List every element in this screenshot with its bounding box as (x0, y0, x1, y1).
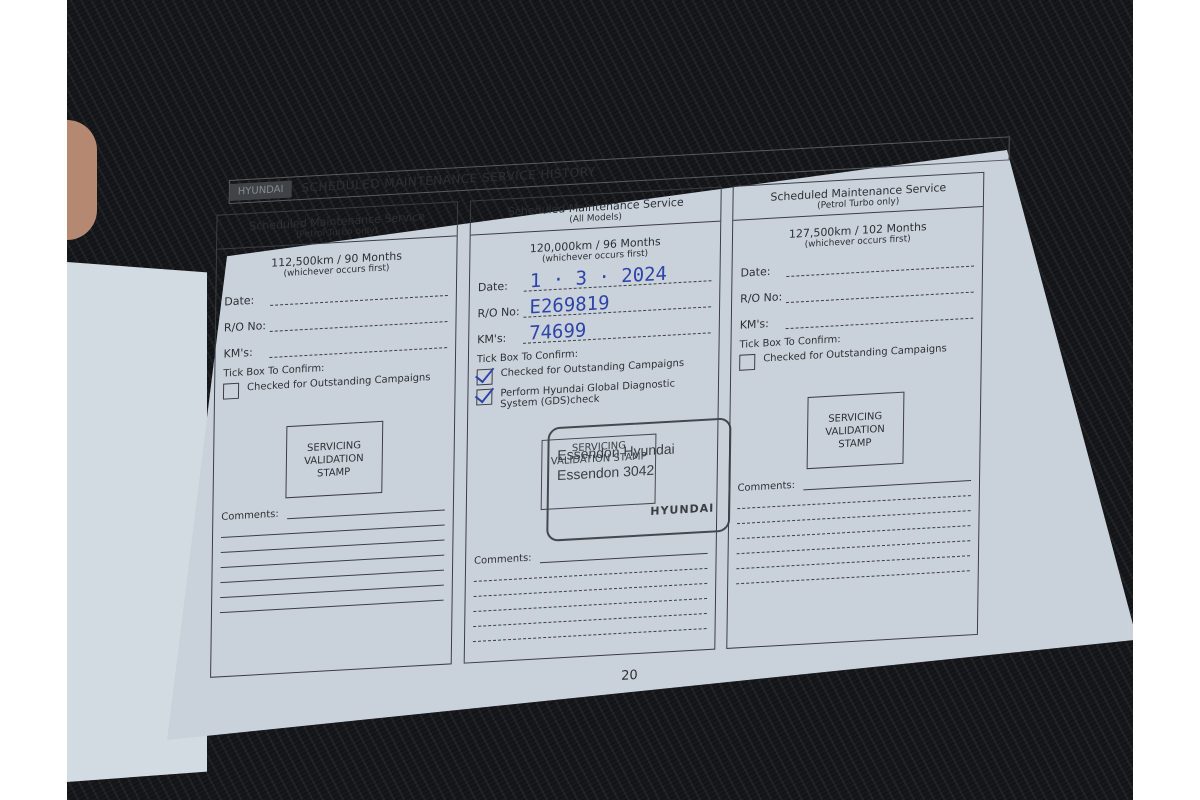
date-value[interactable] (270, 277, 448, 306)
comments-label: Comments: (737, 480, 795, 494)
comment-line[interactable] (220, 570, 444, 584)
comment-line[interactable] (803, 480, 971, 490)
comment-line[interactable] (736, 555, 970, 569)
ro-label: R/O No: (740, 290, 786, 306)
comment-line[interactable] (736, 570, 970, 584)
column-header: Scheduled Maintenance Service (Petrol Tu… (733, 173, 983, 221)
ro-label: R/O No: (477, 305, 523, 321)
kms-label: KM's: (477, 331, 523, 347)
service-column-127500: Scheduled Maintenance Service (Petrol Tu… (726, 172, 984, 649)
date-value[interactable] (786, 248, 974, 278)
brand-tab: HYUNDAI (230, 180, 292, 200)
column-header: Scheduled Maintenance Service (All Model… (471, 188, 721, 236)
ro-value[interactable]: E269819 (523, 288, 711, 318)
ro-label: R/O No: (224, 319, 270, 335)
comment-line[interactable] (474, 568, 708, 582)
comment-line[interactable] (221, 540, 445, 554)
comments-field[interactable]: Comments: (221, 499, 445, 523)
comment-line[interactable] (474, 583, 708, 597)
hyundai-logo-icon: HYUNDAI (650, 501, 714, 518)
service-column-112500: Scheduled Maintenance Service (Petrol Tu… (210, 201, 458, 678)
validation-stamp-box: SERVICING VALIDATION STAMP (285, 421, 383, 499)
checkbox-checked[interactable] (476, 389, 492, 406)
date-label: Date: (224, 293, 270, 309)
comment-line[interactable] (473, 613, 707, 627)
service-booklet: HYUNDAI SCHEDULED MAINTENANCE SERVICE HI… (137, 150, 1133, 740)
comment-line[interactable] (473, 598, 707, 612)
comments-field[interactable]: Comments: (474, 543, 708, 567)
comment-line[interactable] (221, 524, 445, 538)
comment-line[interactable] (220, 600, 444, 614)
section-title: SCHEDULED MAINTENANCE SERVICE HISTORY (301, 165, 595, 195)
checkbox[interactable] (739, 354, 755, 371)
column-header: Scheduled Maintenance Service (Petrol Tu… (217, 202, 457, 249)
dealer-stamp: SERVICING VALIDATION STAMP Essendon Hyun… (546, 417, 731, 542)
checkbox[interactable] (223, 383, 239, 400)
comment-line[interactable] (539, 553, 707, 563)
date-label: Date: (740, 264, 786, 280)
thumb (67, 120, 97, 240)
comment-line[interactable] (287, 509, 445, 519)
comment-line[interactable] (220, 585, 444, 599)
page-number: 20 (621, 668, 638, 684)
comments-label: Comments: (474, 553, 532, 567)
ro-value[interactable] (270, 303, 448, 332)
kms-value[interactable] (269, 329, 447, 358)
comments-field[interactable]: Comments: (737, 470, 971, 494)
ro-value[interactable] (786, 274, 974, 304)
kms-field[interactable]: KM's: (223, 328, 447, 361)
comment-line[interactable] (737, 525, 971, 539)
comment-line[interactable] (221, 555, 445, 569)
service-column-120000: Scheduled Maintenance Service (All Model… (464, 187, 722, 664)
kms-value[interactable]: 74699 (523, 314, 711, 344)
kms-label: KM's: (223, 345, 269, 361)
kms-value[interactable] (786, 300, 974, 330)
validation-stamp-box: SERVICING VALIDATION STAMP (806, 392, 904, 470)
page-content: HYUNDAI SCHEDULED MAINTENANCE SERVICE HI… (222, 132, 1088, 701)
comment-line[interactable] (737, 495, 971, 509)
kms-label: KM's: (740, 316, 786, 332)
comment-line[interactable] (737, 510, 971, 524)
photo: HYUNDAI SCHEDULED MAINTENANCE SERVICE HI… (67, 0, 1133, 800)
date-label: Date: (478, 279, 524, 295)
date-value[interactable]: 1 · 3 · 2024 (524, 262, 712, 292)
comment-line[interactable] (473, 628, 707, 642)
comment-line[interactable] (737, 540, 971, 554)
comments-label: Comments: (221, 509, 279, 523)
